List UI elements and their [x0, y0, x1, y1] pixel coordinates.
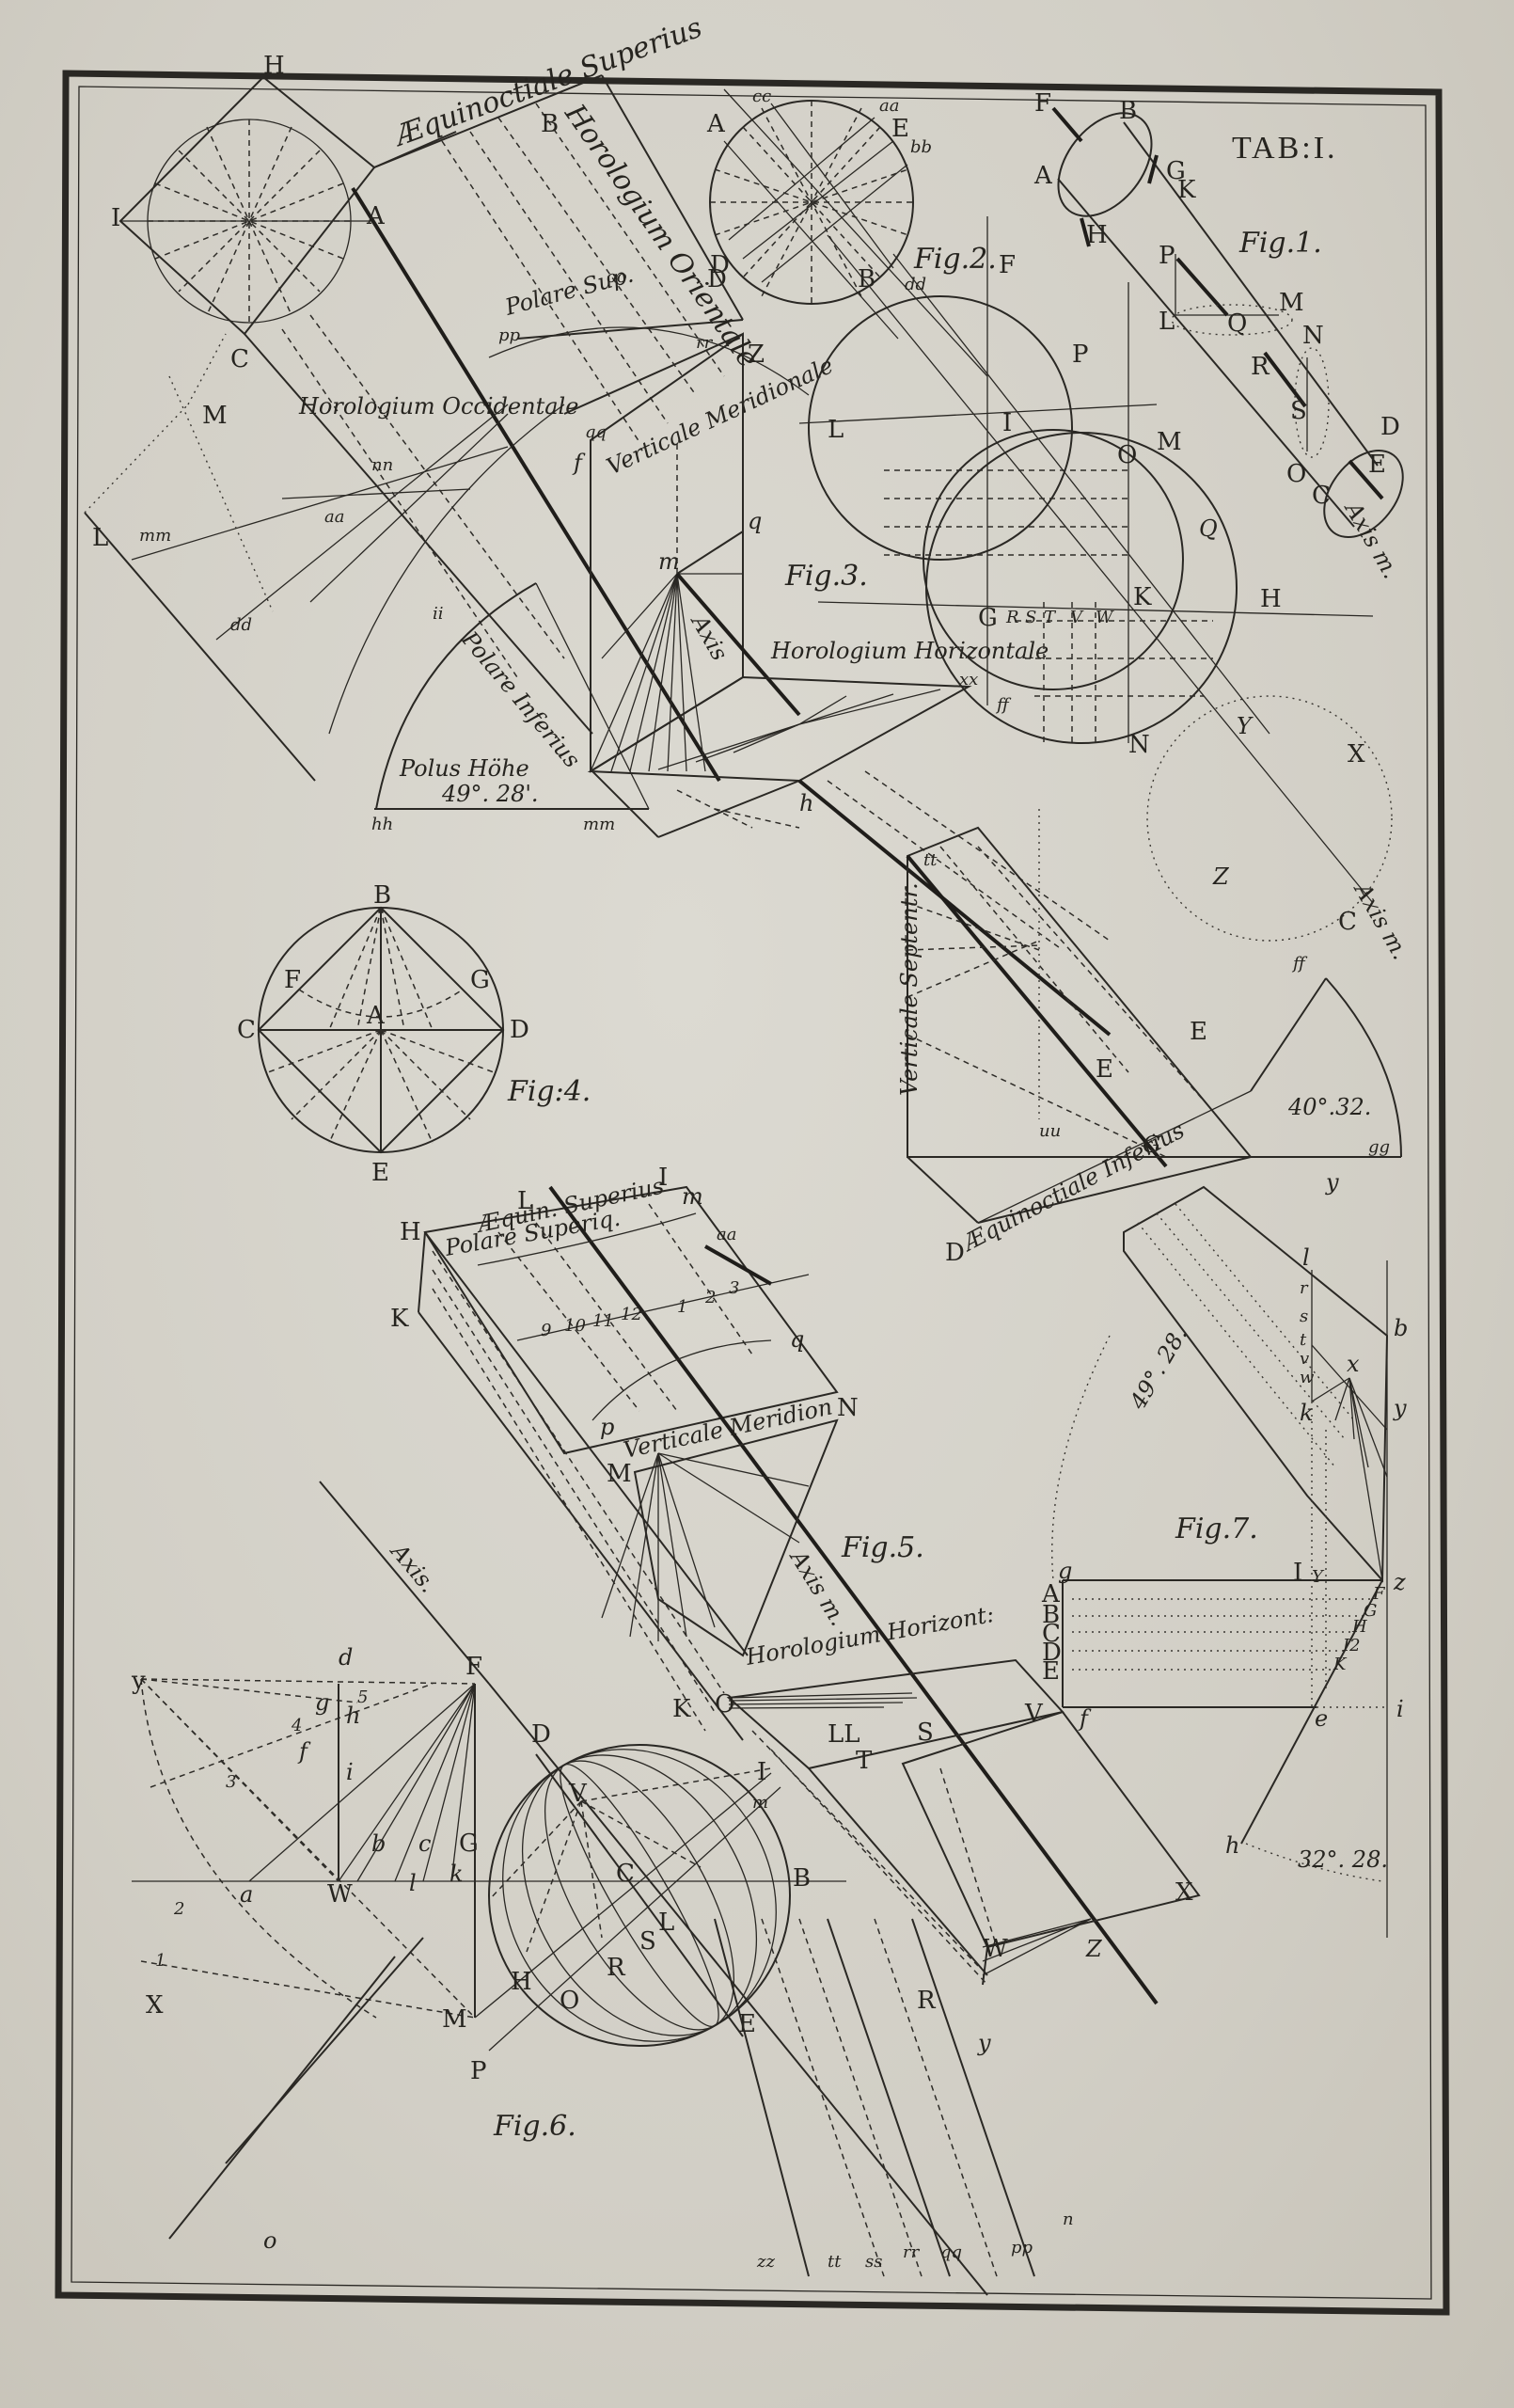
fig7-point-i: i [1396, 1696, 1404, 1722]
fig6-point-d: d [339, 1644, 353, 1671]
fig6-point-H: H [511, 1968, 532, 1996]
fig3-point-E2: E [1190, 1018, 1207, 1046]
fig1-point-C: C [1312, 482, 1331, 510]
fig3-axis-label: Axis [686, 609, 733, 665]
circles-point-H: H [1260, 585, 1282, 613]
fig5-point-L: L [517, 1187, 533, 1215]
fig5-point-H: H [400, 1218, 421, 1246]
fig3-point-mm: mm [139, 526, 171, 546]
fig6-point-R: R [607, 1954, 626, 1982]
fig6-bottom-tt: tt [828, 2252, 842, 2272]
fig1-point-K: K [1177, 176, 1196, 204]
fig6-bottom-zz: zz [756, 2252, 775, 2272]
fig6-point-c: c [418, 1830, 431, 1857]
fig7-point-E: E [1042, 1657, 1060, 1686]
fig7-point-b: b [1394, 1315, 1408, 1341]
fig6-point-I: I [757, 1758, 766, 1786]
fig6-point-W: W [327, 1880, 353, 1909]
circles-point-C: C [1338, 908, 1357, 936]
circles-point-L: L [828, 416, 844, 444]
fig7-point-e: e [1315, 1705, 1328, 1732]
fig3-verticale-septentr: Verticale Septentr. [896, 882, 923, 1096]
fig6-point-B: B [793, 1864, 811, 1893]
fig4-point-F: F [284, 966, 301, 994]
circles-point-N: N [1128, 731, 1150, 759]
fig1-point-H: H [1086, 221, 1108, 249]
fig3-point-uu: uu [1039, 1121, 1061, 1141]
figure-1-cylinder: F B A G K H P L Q M N R S O C D E Axis m… [1033, 89, 1419, 583]
fig6-point-L: L [658, 1909, 674, 1937]
fig6-point-a: a [240, 1881, 253, 1908]
fig7-point-g: g [1058, 1558, 1072, 1584]
engraved-plate: TAB:I. F B A G K H P L Q M N R S O C D E… [0, 0, 1514, 2408]
fig5-hour-11: 11 [592, 1311, 614, 1331]
fig6-point-y: y [131, 1667, 146, 1695]
fig7-angle-bottom: 32°. 28. [1298, 1846, 1388, 1873]
fig5-point-m: m [682, 1183, 703, 1210]
plate-title: TAB:I. [1232, 131, 1338, 166]
fig7-point-l: l [1302, 1244, 1310, 1271]
fig5-point-LL: LL [828, 1720, 860, 1749]
fig5-point-W: W [983, 1935, 1008, 1963]
fig5-hour-2: 2 [704, 1288, 716, 1307]
fig6-point-g: g [315, 1689, 329, 1716]
fig7-angle-top: 49°. 28. [1124, 1323, 1192, 1415]
fig7-point-r: r [1300, 1278, 1309, 1298]
plate-drawing: TAB:I. F B A G K H P L Q M N R S O C D E… [0, 0, 1514, 2408]
fig6-point-b: b [371, 1830, 386, 1857]
fig6-point-C: C [616, 1860, 635, 1888]
fig1-point-S: S [1290, 397, 1307, 425]
fig6-bottom-n: n [1063, 2210, 1074, 2229]
fig5-hour-3: 3 [729, 1278, 739, 1298]
fig3-polus-hoehe: Polus Höhe [399, 755, 529, 782]
fig3-point-ff-upper: ff [995, 695, 1012, 715]
fig6-point-i: i [346, 1759, 354, 1785]
fig2-point-B: B [858, 265, 875, 293]
fig3-point-tt: tt [923, 850, 938, 870]
fig5-horologium-horizont: Horologium Horizont: [743, 1601, 996, 1671]
fig6-bottom-ss: ss [865, 2252, 882, 2272]
fig7-point-I2: I2 [1342, 1636, 1361, 1655]
fig1-point-P: P [1159, 242, 1175, 270]
fig6-point-f: f [297, 1738, 311, 1765]
fig5-point-Z: Z [1085, 1936, 1103, 1962]
fig5-point-R: R [917, 1987, 937, 2015]
figure-7-quadrant: Fig.7. 49°. 28. 32°. 28. g A B C D E f l… [1041, 1169, 1408, 1938]
circles-point-O: O [1117, 441, 1137, 469]
circles-axis-label: Axis m. [1348, 877, 1414, 964]
fig5-point-X: X [1175, 1878, 1193, 1907]
fig3-horologium-horizontale: Horologium Horizontale [770, 638, 1049, 664]
fig6-point-P: P [470, 2057, 487, 2085]
fig5-point-N: N [837, 1394, 859, 1422]
fig5-hour-10: 10 [564, 1316, 586, 1336]
fig3-point-E: E [1096, 1055, 1113, 1084]
fig6-point-m: m [752, 1793, 768, 1813]
fig4-point-A: A [366, 1002, 386, 1030]
fig3-point-C: C [230, 345, 249, 373]
fig3-point-f: f [572, 450, 586, 476]
fig3-point-qq: qq [585, 422, 607, 442]
fig3-point-ff: ff [1291, 954, 1308, 974]
fig3-point-hh: hh [371, 815, 393, 834]
figure-3-solid: Æquinoctiale Superius Horologium Orienta… [85, 11, 1110, 1035]
fig6-bottom-pp: pp [1011, 2238, 1033, 2257]
fig1-point-D: D [1380, 413, 1400, 441]
fig5-point-O: O [715, 1690, 734, 1719]
circles-point-W: W [1096, 608, 1114, 627]
fig2-label-bb: bb [910, 137, 932, 157]
fig1-point-N: N [1302, 322, 1324, 350]
fig7-point-y: y [1393, 1395, 1407, 1421]
fig7-point-z: z [1393, 1569, 1406, 1595]
fig6-caption: Fig.6. [493, 2110, 576, 2143]
fig2-point-A: A [706, 110, 726, 138]
fig6-point-S: S [639, 1927, 656, 1956]
fig7-point-t: t [1300, 1330, 1307, 1350]
fig3-point-mm-bottom: mm [583, 815, 615, 834]
fig6-point-V: V [568, 1780, 588, 1808]
fig3-point-rr: rr [696, 333, 714, 353]
fig5-point-S: S [917, 1719, 934, 1747]
circles-point-F: F [999, 251, 1016, 279]
fig6-point-E: E [738, 2010, 756, 2038]
fig3-horologium-occidentale: Horologium Occidentale [298, 393, 578, 420]
fig5-caption: Fig.5. [841, 1531, 924, 1564]
fig3-point-H: H [263, 52, 285, 80]
fig5-point-V: V [1024, 1700, 1044, 1728]
circles-point-Y: Y [1237, 713, 1254, 739]
circles-point-Z: Z [1212, 863, 1230, 890]
fig6-point-o: o [263, 2227, 276, 2254]
fig6-point-F: F [465, 1653, 482, 1681]
fig3-point-G: G [1143, 1132, 1160, 1158]
fig6-number-3: 3 [226, 1772, 236, 1792]
fig3-point-pp: pp [498, 325, 521, 345]
fig2-point-E: E [891, 115, 909, 143]
circles-point-X: X [1348, 740, 1365, 768]
figure-6-globe: Axis. Fig.6. F d y g h f i a W b c G k l… [131, 1481, 1074, 2295]
fig3-point-D-lower: D [945, 1239, 965, 1267]
fig1-point-L: L [1159, 308, 1175, 336]
fig6-point-G: G [459, 1830, 479, 1858]
fig3-point-gg: gg [1368, 1137, 1390, 1157]
fig3-point-I: I [111, 204, 120, 232]
circles-point-V: V [1070, 608, 1084, 627]
fig3-point-aa: aa [324, 507, 344, 527]
circles-point-P: P [1072, 341, 1089, 369]
circles-point-R: R [1005, 608, 1019, 627]
fig3-polus-angle: 49°. 28'. [441, 781, 539, 807]
fig2-label-cc: cc [752, 87, 771, 106]
fig3-point-D: D [710, 251, 730, 279]
fig4-point-B: B [373, 881, 391, 910]
fig1-axis-label: Axis m. [1339, 496, 1405, 583]
circles-point-Q: Q [1199, 515, 1218, 542]
fig5-point-I: I [658, 1164, 668, 1192]
fig3-point-A: A [366, 202, 386, 230]
fig6-number-2: 2 [173, 1899, 184, 1919]
circles-point-M: M [1157, 428, 1182, 456]
fig6-point-l: l [409, 1870, 417, 1896]
circles-point-T: T [1044, 608, 1057, 627]
fig3-point-m: m [658, 548, 680, 575]
fig3-point-L: L [92, 524, 108, 552]
fig7-point-Y: Y [1312, 1567, 1325, 1587]
fig1-point-A: A [1033, 162, 1053, 190]
fig7-point-K: K [1333, 1655, 1348, 1674]
fig6-bottom-rr: rr [903, 2242, 921, 2262]
fig6-axis-label: Axis. [385, 1537, 441, 1597]
fig7-point-v: v [1300, 1349, 1309, 1369]
fig4-point-E: E [371, 1159, 389, 1187]
fig5-hour-1: 1 [677, 1297, 687, 1317]
fig1-point-E: E [1368, 451, 1386, 479]
fig3-point-M: M [202, 402, 228, 430]
fig1-point-Q: Q [1227, 309, 1247, 338]
fig1-point-F: F [1034, 89, 1051, 118]
fig3-point-q: q [748, 508, 762, 534]
fig3-point-dd: dd [230, 615, 252, 635]
fig6-bottom-qq: qq [940, 2242, 962, 2262]
circles-point-K: K [1133, 583, 1152, 611]
fig2-caption: Fig.2. [913, 243, 997, 276]
fig6-point-M: M [442, 2005, 467, 2034]
fig5-hour-12: 12 [621, 1305, 642, 1324]
fig6-point-K: K [672, 1695, 691, 1723]
fig7-point-w: w [1300, 1368, 1315, 1387]
fig6-point-O: O [560, 1987, 579, 2015]
fig2-label-aa: aa [879, 96, 899, 116]
fig3-point-B: B [541, 110, 559, 138]
circles-point-G: G [978, 604, 998, 632]
circles-point-S: S [1025, 608, 1036, 627]
fig1-point-R: R [1251, 353, 1270, 381]
fig7-point-I: I [1293, 1559, 1302, 1587]
circles-point-I: I [1002, 409, 1012, 437]
fig5-point-M: M [607, 1460, 632, 1488]
fig1-point-M: M [1279, 289, 1304, 317]
fig5-point-T: T [856, 1747, 873, 1775]
fig3-point-h: h [799, 790, 813, 816]
fig5-point-p: p [600, 1414, 614, 1440]
fig7-point-k: k [1300, 1400, 1314, 1426]
fig5-point-y: y [977, 2030, 991, 2056]
fig5-point-K: K [390, 1305, 409, 1333]
fig4-point-D: D [510, 1016, 529, 1044]
fig6-point-D: D [531, 1720, 551, 1749]
fig7-point-h: h [1225, 1832, 1239, 1859]
fig6-number-5: 5 [357, 1687, 368, 1707]
fig7-point-x: x [1347, 1351, 1360, 1377]
fig3-point-oo: oo [607, 267, 627, 287]
fig7-caption: Fig.7. [1175, 1513, 1258, 1545]
fig3-point-nn: nn [371, 455, 393, 475]
figure-5-solid: Æquin. Superius Polare Superiq. Vertical… [390, 1164, 1199, 2056]
fig4-point-C: C [237, 1016, 256, 1044]
fig5-point-aa: aa [717, 1225, 736, 1244]
fig7-point-d: y [1325, 1169, 1339, 1196]
fig4-point-G: G [470, 966, 490, 994]
fig3-point-ii: ii [433, 604, 444, 624]
fig1-caption: Fig.1. [1238, 227, 1322, 260]
fig7-point-s: s [1300, 1307, 1308, 1326]
fig3-angle-2: 40°.32. [1287, 1094, 1371, 1120]
fig1-point-B: B [1119, 97, 1137, 125]
fig5-point-q: q [790, 1326, 804, 1353]
fig5-hour-9: 9 [541, 1321, 551, 1340]
fig6-point-k: k [449, 1861, 464, 1887]
fig3-caption: Fig.3. [784, 560, 868, 593]
fig4-caption: Fig:4. [507, 1075, 591, 1108]
fig7-point-H: H [1351, 1617, 1367, 1637]
fig3-point-Z: Z [748, 341, 765, 369]
fig1-point-O: O [1286, 460, 1306, 488]
fig3-polare-inferius: Polare Inferius [456, 626, 586, 773]
fig7-point-f: f [1078, 1705, 1092, 1732]
fig6-point-X: X [146, 1991, 164, 2020]
fig6-number-1: 1 [155, 1951, 166, 1971]
fig6-number-4: 4 [291, 1716, 302, 1735]
figure-4-circle: B F G C A D E Fig:4. [237, 881, 591, 1187]
